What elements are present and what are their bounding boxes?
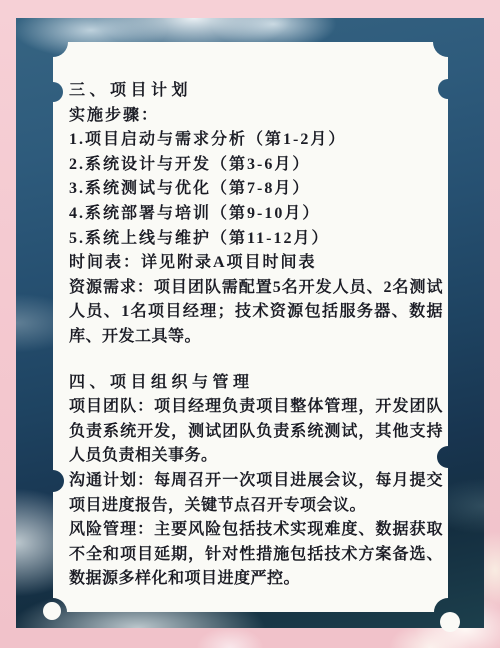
document-line: 1.项目启动与需求分析（第1-2月） xyxy=(69,128,443,153)
document-paragraph: 资源需求：项目团队需配置5名开发人员、2名测试人员、1名项目经理；技术资源包括服… xyxy=(69,276,443,350)
document-paragraph: 风险管理：主要风险包括技术实现难度、数据获取不全和项目延期，针对性措施包括技术方… xyxy=(69,518,443,592)
document-paragraph: 项目团队：项目经理负责项目整体管理，开发团队负责系统开发，测试团队负责系统测试，… xyxy=(69,395,443,469)
corner-dot-bottom-left xyxy=(43,602,61,620)
document-content: 三、项目计划 实施步骤： 1.项目启动与需求分析（第1-2月） 2.系统设计与开… xyxy=(69,79,443,592)
document-line: 2.系统设计与开发（第3-6月） xyxy=(69,153,443,178)
document-line: 3.系统测试与优化（第7-8月） xyxy=(69,177,443,202)
document-line: 5.系统上线与维护（第11-12月） xyxy=(69,227,443,252)
document-line: 实施步骤： xyxy=(69,104,443,129)
document-line: 时间表：详见附录A项目时间表 xyxy=(69,251,443,276)
document-line: 4.系统部署与培训（第9-10月） xyxy=(69,202,443,227)
section-heading: 三、项目计划 xyxy=(69,79,443,104)
corner-dot-bottom-right xyxy=(440,612,460,632)
section-project-organization: 四、项目组织与管理 项目团队：项目经理负责项目整体管理，开发团队负责系统开发，测… xyxy=(69,371,443,592)
document-paragraph: 沟通计划：每周召开一次项目进展会议，每月提交项目进度报告，关键节点召开专项会议。 xyxy=(69,469,443,518)
section-heading: 四、项目组织与管理 xyxy=(69,371,443,396)
section-project-plan: 三、项目计划 实施步骤： 1.项目启动与需求分析（第1-2月） 2.系统设计与开… xyxy=(69,79,443,350)
page-background: 三、项目计划 实施步骤： 1.项目启动与需求分析（第1-2月） 2.系统设计与开… xyxy=(0,0,500,648)
